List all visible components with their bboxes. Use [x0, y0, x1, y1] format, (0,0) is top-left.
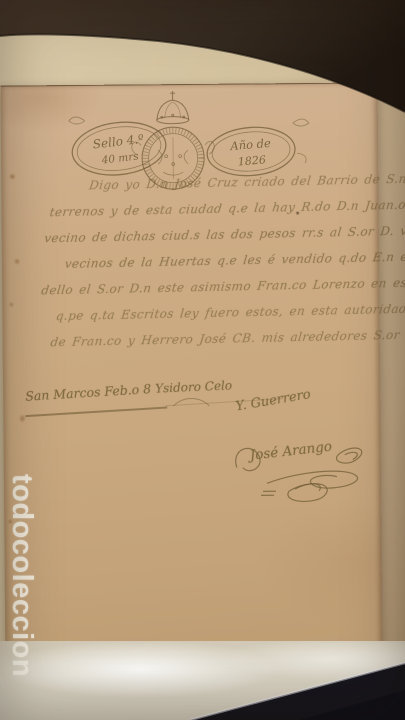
right-seal-line2: 1826 — [237, 153, 266, 168]
left-seal-oval: Sello 4.º 40 mrs — [69, 117, 168, 179]
handwritten-body: Digo yo D.n José Cruz criado del Barrio … — [36, 172, 384, 361]
album-dark-band — [0, 0, 405, 120]
center-annotation: Ysidoro Celo — [155, 378, 232, 395]
place-date-line: San Marcos Feb.o 8 — [25, 381, 152, 404]
photo-of-manuscript: Sello 4.º 40 mrs Año de 1826 — [0, 0, 405, 720]
right-seal-line1: Año de — [229, 136, 272, 153]
manuscript-page: Sello 4.º 40 mrs Año de 1826 — [0, 82, 382, 661]
witness-signature: Y. Guerrero — [235, 387, 312, 414]
left-seal-line1: Sello 4.º — [92, 132, 145, 152]
date-underline — [25, 406, 167, 416]
center-annotation-flourish — [171, 396, 211, 410]
watermark-logo: todocoleccion — [5, 474, 38, 720]
right-seal-oval: Año de 1826 — [205, 124, 296, 179]
dark-corner-wedge — [0, 635, 405, 720]
signature-rubric-icon — [229, 430, 380, 506]
